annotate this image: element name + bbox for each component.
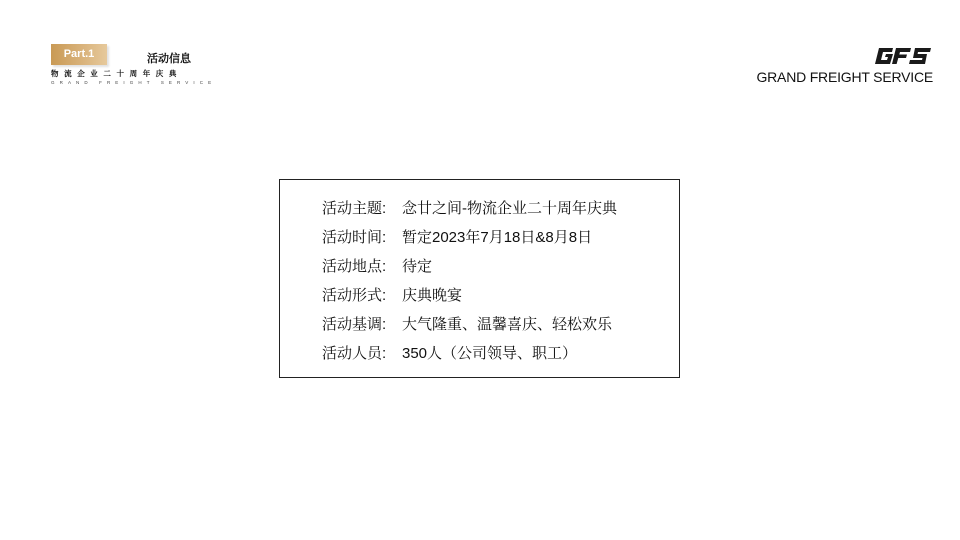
info-row-format: 活动形式:庆典晚宴 [322, 286, 617, 315]
info-label: 活动形式: [322, 286, 402, 306]
part-badge: Part.1 [51, 44, 107, 65]
gfs-logo-icon [873, 46, 933, 66]
section-title: 活动信息 [147, 50, 191, 66]
subtitle-en: GRAND FREIGHT SERVICE [51, 80, 216, 85]
brand-name: GRAND FREIGHT SERVICE [756, 69, 933, 85]
info-label: 活动地点: [322, 257, 402, 277]
info-label: 活动主题: [322, 199, 402, 219]
info-value: 待定 [402, 258, 432, 275]
info-value: 念廿之间-物流企业二十周年庆典 [402, 200, 617, 217]
info-list: 活动主题:念廿之间-物流企业二十周年庆典 活动时间:暂定2023年7月18日&8… [322, 199, 617, 373]
info-value: 大气隆重、温馨喜庆、轻松欢乐 [402, 316, 612, 333]
info-row-attendees: 活动人员:350人（公司领导、职工） [322, 344, 617, 373]
info-value: 庆典晚宴 [402, 287, 462, 304]
subtitle-cn: 物流企业二十周年庆典 [51, 68, 182, 79]
info-value: 暂定2023年7月18日&8月8日 [402, 229, 592, 246]
info-row-theme: 活动主题:念廿之间-物流企业二十周年庆典 [322, 199, 617, 228]
info-row-tone: 活动基调:大气隆重、温馨喜庆、轻松欢乐 [322, 315, 617, 344]
activity-info-panel: 活动主题:念廿之间-物流企业二十周年庆典 活动时间:暂定2023年7月18日&8… [279, 179, 680, 378]
info-label: 活动时间: [322, 228, 402, 248]
info-label: 活动基调: [322, 315, 402, 335]
info-label: 活动人员: [322, 344, 402, 364]
brand-block: GRAND FREIGHT SERVICE [756, 46, 933, 85]
info-row-location: 活动地点:待定 [322, 257, 617, 286]
info-value: 350人（公司领导、职工） [402, 345, 577, 362]
info-row-time: 活动时间:暂定2023年7月18日&8月8日 [322, 228, 617, 257]
